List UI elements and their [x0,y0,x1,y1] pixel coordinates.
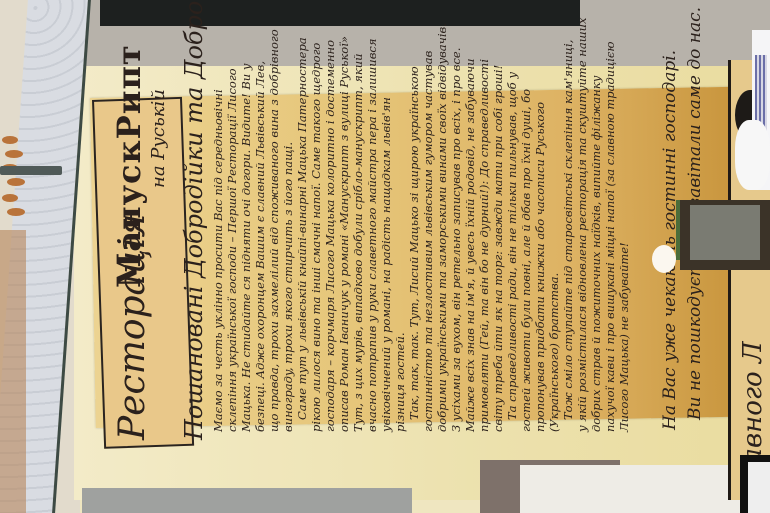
paragraph-line: Та справедливості ради, він не тільки пи… [507,72,519,420]
paragraph-line: Майже всіх знав на ім'я, й увесь їхній р… [465,58,477,432]
paragraph-line: примовляти (Гей, та він бо не дурний!): … [479,59,491,432]
stone-ledge [82,488,412,513]
paragraph-line: описав Роман Іваничук у романі «Манускри… [339,36,351,432]
paragraph-line: Маємо за честь уклінно просити Вас під с… [213,89,225,432]
paragraph-line: Саме тут у львівській кнайпі-винарні Мац… [297,37,309,420]
paragraph-line: господаря – корчмаря Лисого Мацька колор… [325,40,337,432]
paragraph-line: увіковічнений у романі, на радість нащад… [381,97,393,432]
white-rose-icon [652,245,676,273]
paragraph-line: (Українського) братства. [549,273,561,432]
paragraph-line: світу треба йти як на торг: завжди мати … [493,65,505,432]
paragraph-line: Тут, з цих мурів, випадково добули срібл… [353,53,365,432]
paragraph-line: З усіхами за вухом, він ретельно записув… [451,48,463,432]
paragraph-line: різниця гостей. [395,332,407,432]
poster-greeting: Пошановані Добродійки та Добродії! [180,0,208,440]
paragraph-line: гостей животи були повні, але й дбав про… [521,89,533,432]
paragraph-line: Лисого Мацька) не забувайте! [619,242,631,432]
paper-napkin [735,120,770,190]
metal-bracket [0,166,62,175]
paragraph-line: що правда, трохи захмелілий від споживан… [269,29,281,432]
paragraph-line: у якій розмістилася відновлена рестораці… [577,17,589,432]
glass-bottle [690,205,760,260]
paragraph-line: рікою лилося вино та інші смачні напої. … [311,43,323,432]
paragraph-line: вчасно потрапив у руки славетного майстр… [367,39,379,432]
paragraph-line: добрими українськими та заморськими вина… [437,23,449,432]
paragraph-line: пахучої кави і про вишукані міцні напої … [605,42,617,432]
paragraph-line: добрих страв й пожиточних наїдків, випий… [591,76,603,432]
brand-subtitle: на Руській [148,89,169,188]
paragraph-line: Тож сміло ступайте під старосвітські скл… [563,40,575,420]
paragraph-line: склепіння української господи – Першої Р… [227,68,239,432]
wheat-ornament-icon [0,120,38,240]
flower-stem [676,200,680,260]
window-grille [100,0,580,26]
paragraph-line: безпеці. Адже охоронцем Вашим є славний … [255,61,267,432]
sign-brown-stripe [0,230,26,513]
brand-name: МанускРипт [110,44,148,288]
paragraph-line: гостинністю та незлостивим львівським гу… [423,51,435,432]
paragraph-line: Мацька. Не стидайте ся підняти очі догор… [241,63,253,432]
paragraph-line: пропонував придбати книжки або часописи … [535,102,547,432]
black-frame-insert [748,462,770,513]
paragraph-line: виноградy, трохи якого стирчить з його п… [283,142,295,432]
paragraph-line: Так, так, так. Тут, Лисий Мацько зі щиро… [409,66,421,420]
